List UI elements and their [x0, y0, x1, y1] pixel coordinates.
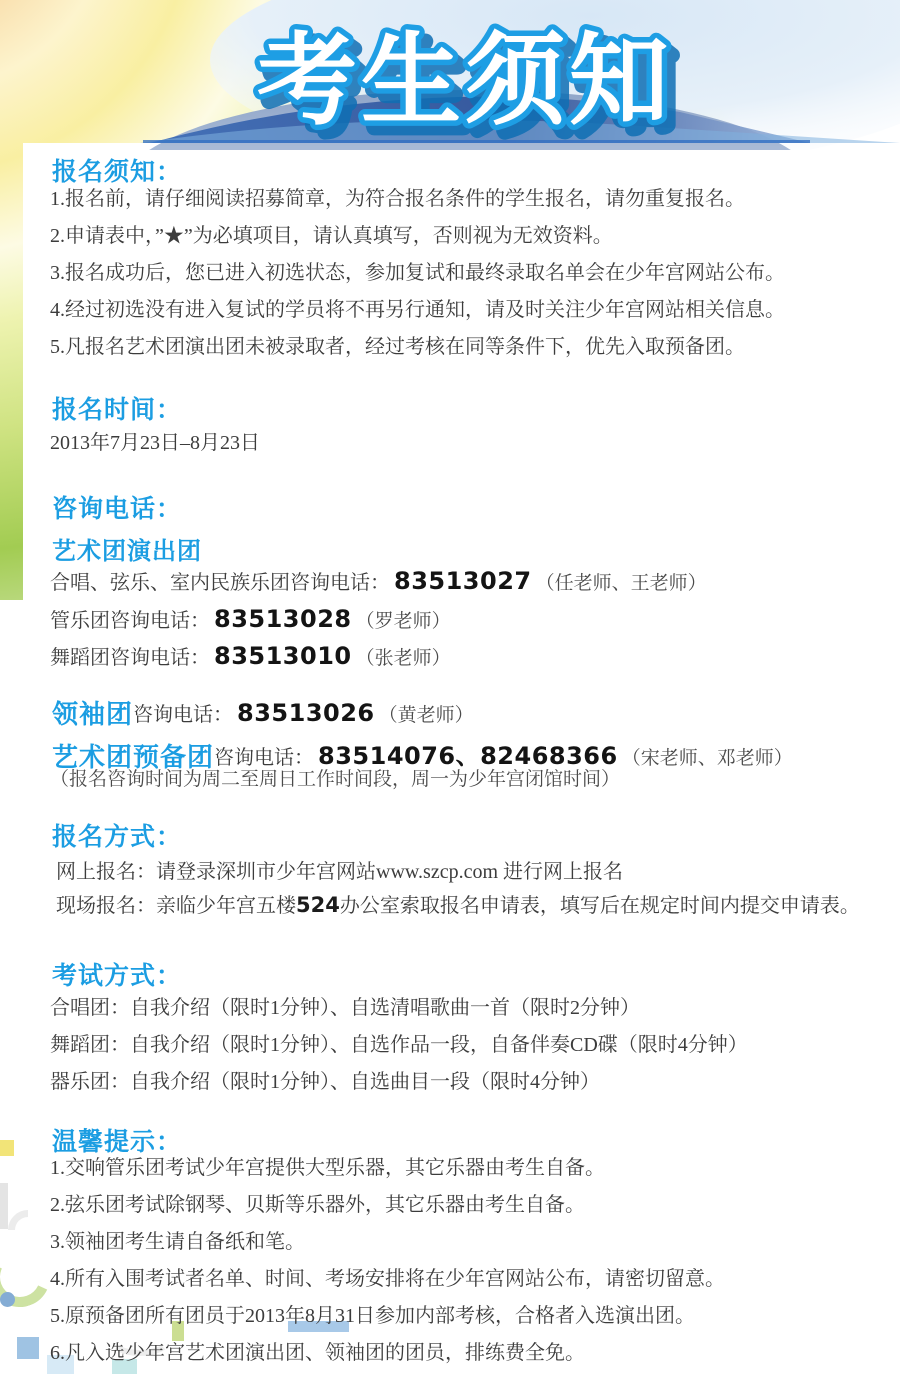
notice-item: 5.凡报名艺术团演出团未被录取者，经过考核在同等条件下，优先入取预备团。 — [50, 329, 785, 366]
phone-teachers: （宋老师、邓老师） — [622, 748, 793, 769]
onsite-prefix: 现场报名：亲临少年宫五楼 — [56, 895, 296, 917]
phone-number: 83513027 — [394, 567, 532, 595]
phone-line-leader: 领袖团咨询电话： 83513026 （黄老师） — [52, 694, 474, 731]
tips-item: 4.所有入围考试者名单、时间、考场安排将在少年宫网站公布，请密切留意。 — [50, 1261, 725, 1298]
registration-period: 2013年7月23日–8月23日 — [50, 426, 260, 455]
section-heading-phones: 咨询电话： — [52, 489, 182, 525]
section-heading-time: 报名时间： — [52, 390, 182, 426]
tips-item: 1.交响管乐团考试少年宫提供大型乐器，其它乐器由考生自备。 — [50, 1150, 725, 1187]
phone-line-dance: 舞蹈团咨询电话： 83513010 （张老师） — [50, 641, 451, 670]
exam-item-list: 合唱团：自我介绍（限时1分钟）、自选清唱歌曲一首（限时2分钟） 舞蹈团：自我介绍… — [50, 990, 748, 1101]
phone-teachers: （罗老师） — [356, 611, 451, 632]
phone-label: 咨询电话： — [133, 704, 233, 726]
notice-item: 3.报名成功后，您已进入初选状态，参加复试和最终录取名单会在少年宫网站公布。 — [50, 255, 785, 292]
onsite-registration-line: 现场报名：亲临少年宫五楼524办公室索取报名申请表，填写后在规定时间内提交申请表… — [56, 889, 860, 918]
blue-dot-decor — [0, 1292, 15, 1307]
tips-item: 2.弦乐团考试除钢琴、贝斯等乐器外，其它乐器由考生自备。 — [50, 1187, 725, 1224]
phone-label: 舞蹈团咨询电话： — [50, 647, 210, 669]
troupe-subheading: 艺术团演出团 — [52, 531, 202, 566]
section-heading-method: 报名方式： — [52, 817, 182, 853]
onsite-suffix: 办公室索取报名申请表，填写后在规定时间内提交申请表。 — [340, 895, 860, 917]
notice-item: 4.经过初选没有进入复试的学员将不再另行通知，请及时关注少年宫网站相关信息。 — [50, 292, 785, 329]
tips-item: 5.原预备团所有团员于2013年8月31日参加内部考核，合格者入选演出团。 — [50, 1298, 725, 1335]
phone-line-wind: 管乐团咨询电话： 83513028 （罗老师） — [50, 604, 451, 633]
yellow-square-decor — [0, 1140, 14, 1156]
phone-number: 83513010 — [214, 642, 352, 670]
phone-line-chorus: 合唱、弦乐、室内民族乐团咨询电话： 83513027 （任老师、王老师） — [50, 566, 707, 595]
phone-hours-note: （报名咨询时间为周二至周日工作时间段，周一为少年宫闭馆时间） — [50, 764, 620, 791]
header-artwork: 考生须知 考生须知 — [0, 0, 900, 150]
exam-item: 器乐团：自我介绍（限时1分钟）、自选曲目一段（限时4分钟） — [50, 1064, 748, 1101]
leader-team-name: 领袖团 — [52, 699, 133, 729]
phone-number: 83513028 — [214, 605, 352, 633]
blue-square-decor — [17, 1337, 39, 1359]
phone-number: 83513026 — [237, 699, 375, 727]
notice-item-list: 1.报名前，请仔细阅读招募简章，为符合报名条件的学生报名，请勿重复报名。 2.申… — [50, 181, 785, 366]
phone-teachers: （张老师） — [356, 648, 451, 669]
exam-item: 合唱团：自我介绍（限时1分钟）、自选清唱歌曲一首（限时2分钟） — [50, 990, 748, 1027]
page-title: 考生须知 — [257, 26, 673, 137]
onsite-room-number: 524 — [296, 893, 340, 917]
section-heading-exam: 考试方式： — [52, 956, 182, 992]
candidate-notice-poster: 考生须知 考生须知 报名须知： 1.报名前，请仔细阅读招募简章，为符合报名条件的… — [0, 0, 900, 1374]
tips-item: 3.领袖团考生请自备纸和笔。 — [50, 1224, 725, 1261]
phone-label: 管乐团咨询电话： — [50, 610, 210, 632]
tips-item-list: 1.交响管乐团考试少年宫提供大型乐器，其它乐器由考生自备。 2.弦乐团考试除钢琴… — [50, 1150, 725, 1372]
gray-bar-decor — [0, 1183, 8, 1229]
phone-label: 合唱、弦乐、室内民族乐团咨询电话： — [50, 572, 390, 594]
notice-item: 1.报名前，请仔细阅读招募简章，为符合报名条件的学生报名，请勿重复报名。 — [50, 181, 785, 218]
phone-teachers: （任老师、王老师） — [536, 573, 707, 594]
online-registration-line: 网上报名：请登录深圳市少年宫网站www.szcp.com 进行网上报名 — [56, 855, 623, 884]
exam-item: 舞蹈团：自我介绍（限时1分钟）、自选作品一段，自备伴奏CD碟（限时4分钟） — [50, 1027, 748, 1064]
notice-item: 2.申请表中，”★”为必填项目，请认真填写，否则视为无效资料。 — [50, 218, 785, 255]
tips-item: 6.凡入选少年宫艺术团演出团、领袖团的团员，排练费全免。 — [50, 1335, 725, 1372]
phone-teachers: （黄老师） — [379, 705, 474, 726]
